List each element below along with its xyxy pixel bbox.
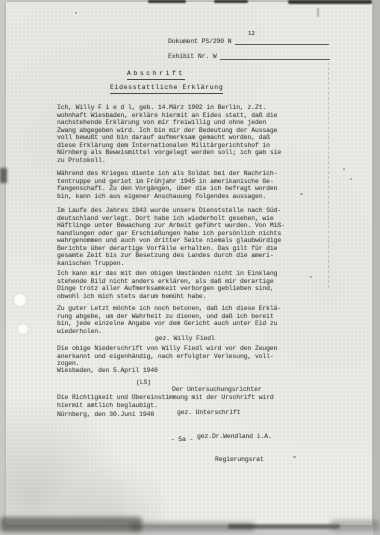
handwritten-number: 12: [248, 31, 255, 39]
text-line: kanischen Truppen.: [57, 260, 285, 268]
exhibit-number-label: Exhibit Nr. W: [168, 53, 217, 61]
text-line: Die obige Niederschrift von Willy Fiedl …: [57, 345, 277, 353]
text-line: Dinge trotz aller Aufmerksamkeit verborg…: [57, 285, 277, 293]
text-line: Nürnberg als Beweismittel vorgelegt werd…: [57, 149, 281, 157]
photo-edge-shadow: [373, 0, 380, 535]
certification-officer-block: gez.Dr.Wendland i.A. Regierungsrat: [197, 418, 272, 471]
seal-mark: (LS): [136, 379, 151, 387]
text-line: diese Erklärung dem Internationalen Mili…: [57, 142, 281, 150]
text-line: wohnhaft Wiesbaden, erkläre hiermit an E…: [57, 112, 281, 120]
officer-signature: gez. Unterschrift: [172, 409, 262, 417]
text-line: Zwang abgegeben wird. Ich bin mir der Be…: [57, 127, 281, 135]
text-line: nachstehende Erklärung von mir freiwilli…: [57, 119, 281, 127]
text-line: Zu guter Letzt möchte ich noch betonen, …: [57, 305, 281, 313]
page-number: - 5a -: [160, 436, 204, 444]
text-line: anerkannt und eigenhändig, nach erfolgte…: [57, 353, 277, 361]
text-line: voll bewußt und bin darauf aufmerksam ge…: [57, 134, 281, 142]
text-line: handlungen oder gar Erschießungen habe i…: [57, 230, 285, 238]
paragraph: Zu guter Letzt möchte ich noch betonen, …: [57, 305, 281, 335]
paragraph: Ich, Willy F i e d l, geb. 14.März 1902 …: [57, 104, 281, 164]
text-line: bin, jede einzelne Angabe vor dem Gerich…: [57, 320, 281, 328]
text-line: obwohl ich mich stets darum bemüht habe.: [57, 293, 277, 301]
text-line: zu Protokoll.: [57, 157, 281, 165]
paragraph: Ich kann mir das mit den obigen Umstände…: [57, 270, 277, 300]
declarant-signature: gez. Willy Fiedl: [155, 335, 215, 343]
officer-title: Regierungsrat: [197, 456, 272, 464]
paragraph: Im Laufe des Jahres 1943 wurde unsere Di…: [57, 207, 285, 267]
text-line: Während des Krieges diente ich als Solda…: [57, 170, 277, 178]
page-subtitle: Eidesstattliche Erklärung: [110, 84, 223, 94]
exhibit-number-line: Exhibit Nr. W: [168, 52, 330, 60]
scanned-document-photo: { "colors": { "paper": "#edebe6", "photo…: [0, 0, 380, 535]
text-line: wiederholen.: [57, 328, 281, 336]
text-line: hiermit amtlich beglaubigt.: [57, 402, 274, 410]
text-line: Ich kann mir das mit den obigen Umstände…: [57, 270, 277, 278]
officer-title: Der Untersuchungsrichter: [172, 386, 262, 394]
text-line: deutschland verlegt. Dort habe ich wiede…: [57, 215, 285, 223]
text-line: Im Laufe des Jahres 1943 wurde unsere Di…: [57, 207, 285, 215]
blank-fill-line: [220, 52, 330, 60]
text-line: Ich, Willy F i e d l, geb. 14.März 1902 …: [57, 104, 281, 112]
text-line: rung abgebe, um der Wahrheit zu dienen, …: [57, 313, 281, 321]
certification-paragraph: Die Richtigkeit und Übereinstimmung mit …: [57, 394, 274, 409]
certification-date: Nürnberg, den 30.Juni 1946: [57, 411, 154, 419]
text-line: bin, kann ich aus eigener Anschauung fol…: [57, 193, 277, 201]
text-line: fangenschaft. Zu den Vorgängen, über die…: [57, 185, 277, 193]
page-title: Abschrift: [127, 70, 185, 80]
text-line: Häftlinge unter Bewachung zur Arbeit gef…: [57, 222, 285, 230]
attestation-paragraph: Die obige Niederschrift von Willy Fiedl …: [57, 345, 277, 368]
officer-signature: gez.Dr.Wendland i.A.: [197, 433, 272, 441]
text-line: stehende Bild nicht anders erklären, als…: [57, 278, 277, 286]
text-line: gesamte Zeit bis zur Besetzung des Lande…: [57, 252, 285, 260]
document-number-label: Dokument PS/290 N: [168, 38, 232, 46]
text-line: tentruppe und geriet im Frühjahr 1945 in…: [57, 178, 277, 186]
text-line: wahrgenommen und auch von dritter Seite …: [57, 237, 285, 245]
text-line: Berichte über derartige Vorfälle erhalte…: [57, 245, 285, 253]
text-line: Die Richtigkeit und Übereinstimmung mit …: [57, 394, 274, 402]
paragraph: Während des Krieges diente ich als Solda…: [57, 170, 277, 200]
attestation-date: Wiesbaden, den 5.April 1946: [57, 367, 158, 375]
